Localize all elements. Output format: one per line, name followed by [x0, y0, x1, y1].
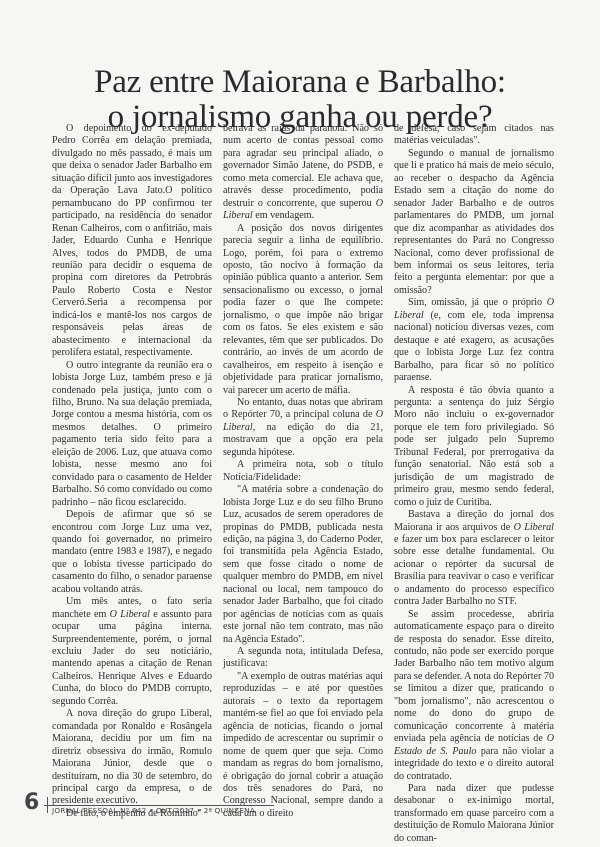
paragraph: Segundo o manual de jornalismo que li e …	[394, 148, 554, 297]
paragraph: de defesa, caso sejam citados nas matéri…	[394, 123, 554, 148]
text-run: beirava as raias da paranoia. Não só num…	[223, 123, 383, 209]
text-run: Sim, omissão, já que o próprio	[408, 297, 547, 308]
paragraph: Para nada dizer que pudesse desabonar o …	[394, 783, 554, 845]
paragraph: beirava as raias da paranoia. Não só num…	[223, 123, 383, 223]
paragraph: A posição dos novos dirigentes parecia s…	[223, 223, 383, 397]
text-run: e fazer um box para esclarecer o leitor …	[394, 534, 554, 607]
paragraph: Bastava a direção do jornal dos Maiorana…	[394, 509, 554, 609]
paragraph: O depoimento do ex-deputado Pedro Corrêa…	[52, 123, 212, 360]
text-run: de defesa, caso sejam citados nas matéri…	[394, 123, 554, 146]
paragraph: A segunda nota, intitulada Defesa, justi…	[223, 646, 383, 671]
text-run: O depoimento do ex-deputado Pedro Corrêa…	[52, 123, 212, 358]
paragraph: No entanto, duas notas que abriram o Rep…	[223, 397, 383, 459]
paragraph: A primeira nota, sob o título Notícia/Fi…	[223, 459, 383, 484]
paragraph: Sim, omissão, já que o próprio O Liberal…	[394, 297, 554, 384]
paragraph: Um mês antes, o fato seria manchete em O…	[52, 596, 212, 708]
text-run: Se assim procedesse, abriria automaticam…	[394, 609, 554, 745]
text-run: em vendagem.	[253, 210, 314, 221]
italic-title: O Liberal	[110, 609, 150, 620]
paragraph: A resposta é tão óbvia quanto a pergunta…	[394, 385, 554, 510]
italic-title: O Liberal	[514, 522, 554, 533]
article-body: O depoimento do ex-deputado Pedro Corrêa…	[52, 123, 574, 845]
text-run: Depois de afirmar que só se encontrou co…	[52, 509, 212, 595]
text-run: No entanto, duas notas que abriram o Rep…	[223, 397, 383, 420]
column-2: beirava as raias da paranoia. Não só num…	[223, 123, 383, 845]
paragraph: "A matéria sobre a condenação do lobista…	[223, 484, 383, 646]
paragraph: Depois de afirmar que só se encontrou co…	[52, 509, 212, 596]
text-run: e assunto para ocupar uma página interna…	[52, 609, 212, 707]
text-run: Para nada dizer que pudesse desabonar o …	[394, 783, 554, 844]
paragraph: Se assim procedesse, abriria automaticam…	[394, 609, 554, 783]
text-run: Segundo o manual de jornalismo que li e …	[394, 148, 554, 296]
publication-info: JORNAL PESSOAL Nº 642 • OUT/2017 • 2ª QU…	[52, 806, 255, 815]
column-1: O depoimento do ex-deputado Pedro Corrêa…	[52, 123, 212, 845]
text-run: A segunda nota, intitulada Defesa, justi…	[223, 646, 383, 669]
column-3: de defesa, caso sejam citados nas matéri…	[394, 123, 554, 845]
paragraph: O outro integrante da reunião era o lobi…	[52, 360, 212, 509]
page-footer: 6 JORNAL PESSOAL Nº 642 • OUT/2017 • 2ª …	[24, 791, 254, 821]
text-run: O outro integrante da reunião era o lobi…	[52, 360, 212, 508]
headline-line-1: Paz entre Maiorana e Barbalho:	[0, 65, 600, 100]
text-run: "A matéria sobre a condenação do lobista…	[223, 484, 383, 644]
text-run: A posição dos novos dirigentes parecia s…	[223, 223, 383, 396]
text-run: A primeira nota, sob o título Notícia/Fi…	[223, 459, 383, 482]
text-run: A resposta é tão óbvia quanto a pergunta…	[394, 385, 554, 508]
page-number: 6	[24, 791, 39, 815]
